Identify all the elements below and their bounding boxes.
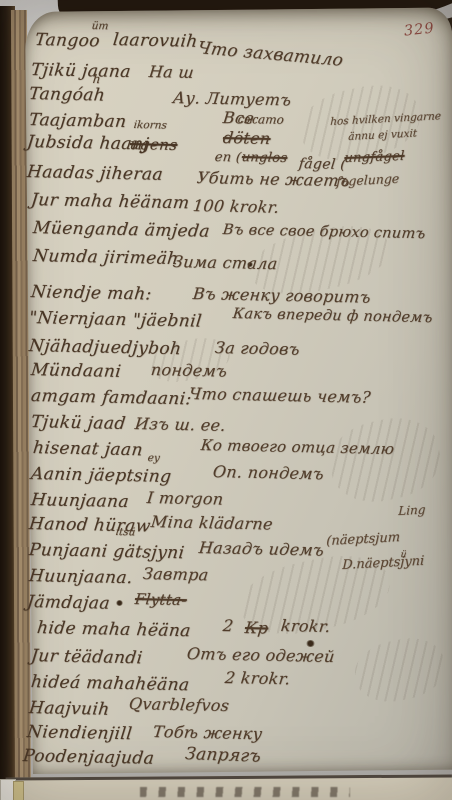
entry-word: Haadas jiheraa (26, 162, 164, 185)
entry-word: Mündaani (30, 360, 122, 382)
entry-superscript: h (92, 72, 101, 86)
entry-word: hisenat jaan (32, 438, 144, 460)
entry-gloss: Ко твоего отца землю (200, 436, 395, 458)
margin-note: hos hvilken vingarne (330, 110, 441, 128)
margin-note: ännu ej vuxit (348, 127, 417, 143)
entry-gloss: Въ все свое брюхо спитъ (222, 222, 426, 242)
entry-word: Tangoo (34, 30, 101, 51)
entry-gloss: Mina klädarne (150, 512, 274, 534)
entry-word: Poodenjaajuda (22, 746, 155, 769)
entry-gloss-struck: Кр (244, 618, 269, 637)
entry-gloss: Убить не жаетъ (196, 168, 351, 190)
entry-gloss: Qvarblefvos (128, 694, 230, 715)
entry-superscript: üm (91, 20, 109, 32)
entry-gloss: Изъ ш. ее. (134, 414, 227, 435)
entry-word: Jur tëädandi (30, 646, 144, 668)
manuscript-photo: 329 Tangoo üm laarovuih Что захватило Tj… (0, 0, 452, 800)
entry-word: hide maha hëäna (36, 618, 192, 641)
marginal-word-struck: ungfågel (344, 149, 405, 166)
entry-gloss: Запрягъ (184, 744, 262, 767)
entry-word: Jur maha hëänam (30, 190, 191, 213)
page-number: 329 (403, 20, 435, 39)
entry-word: Müenganda ämjeda (32, 218, 211, 242)
entry-word: Tangóah (28, 84, 106, 106)
entry-word: Jämdajaa (26, 592, 111, 614)
entry-word: Punjaani gätsjyni (28, 540, 185, 563)
entry-gloss: пондемъ (150, 360, 228, 381)
marginal-word-struck: unglos (241, 150, 288, 166)
entry-word-struck: ugens (129, 135, 178, 154)
entry-gloss: Зима стала (172, 252, 279, 273)
entry-word: Niendienjill (26, 722, 133, 744)
entry-word: Njähadjuedjyboh (28, 336, 182, 359)
entry-gloss: Въ женку говоритъ (192, 284, 372, 307)
entry-gloss: Назадъ идемъ (198, 538, 325, 560)
entry-gloss-struck: döten (222, 128, 272, 148)
entry-superscript: itsü (115, 526, 136, 538)
entry-gloss-struck: Flytta- (134, 590, 188, 609)
entry-gloss: 2 krokr. (224, 668, 291, 688)
entry-word: Tjikü jaana (30, 60, 132, 82)
entry-word: Huunjaana (30, 490, 130, 512)
entry-gloss: Оп. пондемъ (212, 462, 325, 483)
entry-gloss: 2 (222, 616, 235, 635)
entry-gloss: 100 krokr. (192, 196, 280, 217)
entry-word: Tjukü jaad (30, 412, 127, 434)
entry-word: Numda jirimeäh (32, 246, 180, 269)
entry-gloss: Ау. Литуетъ (172, 88, 292, 109)
entry-gloss: Отъ его одежей (186, 644, 336, 666)
margin-note: Ling (398, 503, 426, 518)
entry-word: Huunjaana. (28, 566, 134, 588)
handwriting-layer: 329 Tangoo üm laarovuih Что захватило Tj… (0, 0, 452, 800)
entry-gloss: I morgon (146, 488, 224, 509)
entry-gloss: Что захватило (196, 38, 345, 70)
entry-gloss: krokr. (280, 616, 332, 636)
entry-word: laarovuih (112, 30, 199, 52)
entry-word: amgam famdaani: (30, 386, 193, 409)
entry-gloss: За годовъ (214, 338, 301, 359)
entry-superscript: ey (147, 452, 160, 464)
entry-word: Niendje mah: (30, 282, 153, 304)
entry-word: Taajamban (28, 110, 128, 132)
entry-word: hideá mahahëäna (30, 672, 191, 695)
margin-note: fogelunge (336, 171, 400, 189)
marginal-word: en ( (214, 150, 242, 166)
entry-gloss: Завтра (142, 564, 210, 584)
entry-gloss: Что спашешь чемъ? (188, 384, 372, 407)
entry-gloss: На ш (148, 62, 195, 82)
margin-note: (näeptsjum (326, 530, 400, 549)
entry-word: Aanin jäeptsing (30, 464, 172, 487)
margin-note-superscript: ü (400, 550, 407, 560)
entry-superscript: ikorns (133, 119, 167, 132)
entry-gloss: Какъ впереди ф пондемъ (232, 306, 433, 326)
margin-note: D.näeptsjyni (342, 554, 424, 573)
entry-gloss-superscript: сжато (237, 112, 285, 127)
entry-word: "Niernjaan "jäebnil (28, 308, 203, 332)
entry-gloss: Тобѣ женку (152, 722, 263, 743)
entry-word: Haajvuih (28, 698, 111, 720)
